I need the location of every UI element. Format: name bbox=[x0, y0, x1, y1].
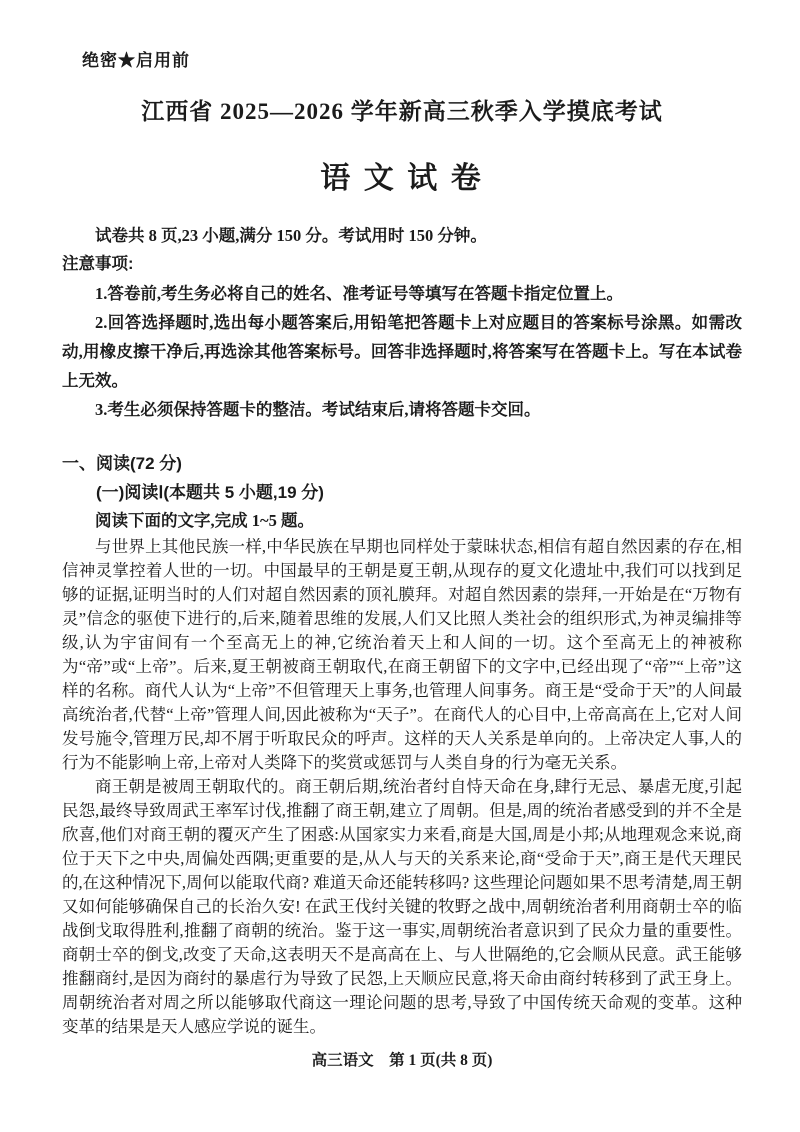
reading-instruction: 阅读下面的文字,完成 1~5 题。 bbox=[62, 507, 742, 535]
notice-item-2: 2.回答选择题时,选出每小题答案后,用铅笔把答题卡上对应题目的答案标号涂黑。如需… bbox=[62, 308, 742, 395]
page-footer: 高三语文 第 1 页(共 8 页) bbox=[62, 1048, 742, 1070]
exam-info-line: 试卷共 8 页,23 小题,满分 150 分。考试用时 150 分钟。 bbox=[62, 221, 742, 250]
passage-paragraph-1: 与世界上其他民族一样,中华民族在早期也同样处于蒙昧状态,相信有超自然因素的存在,… bbox=[62, 535, 742, 775]
classification-label: 绝密★启用前 bbox=[82, 46, 742, 71]
notice-list: 1.答卷前,考生务必将自己的姓名、准考证号等填写在答题卡指定位置上。 2.回答选… bbox=[62, 279, 742, 424]
exam-subject-title: 语 文 试 卷 bbox=[62, 153, 742, 197]
notice-heading: 注意事项: bbox=[62, 250, 742, 279]
section-heading-reading: 一、阅读(72 分) bbox=[62, 449, 742, 478]
reading-passage: 与世界上其他民族一样,中华民族在早期也同样处于蒙昧状态,相信有超自然因素的存在,… bbox=[62, 535, 742, 1039]
exam-title: 江西省 2025—2026 学年新高三秋季入学摸底考试 bbox=[62, 93, 742, 126]
exam-paper-page: 绝密★启用前 江西省 2025—2026 学年新高三秋季入学摸底考试 语 文 试… bbox=[0, 0, 800, 1132]
passage-paragraph-2: 商王朝是被周王朝取代的。商王朝后期,统治者纣自恃天命在身,肆行无忌、暴虐无度,引… bbox=[62, 775, 742, 1039]
subsection-heading-reading-1: (一)阅读Ⅰ(本题共 5 小题,19 分) bbox=[62, 478, 742, 507]
notice-item-1: 1.答卷前,考生务必将自己的姓名、准考证号等填写在答题卡指定位置上。 bbox=[62, 279, 742, 308]
notice-item-3: 3.考生必须保持答题卡的整洁。考试结束后,请将答题卡交回。 bbox=[62, 395, 742, 424]
